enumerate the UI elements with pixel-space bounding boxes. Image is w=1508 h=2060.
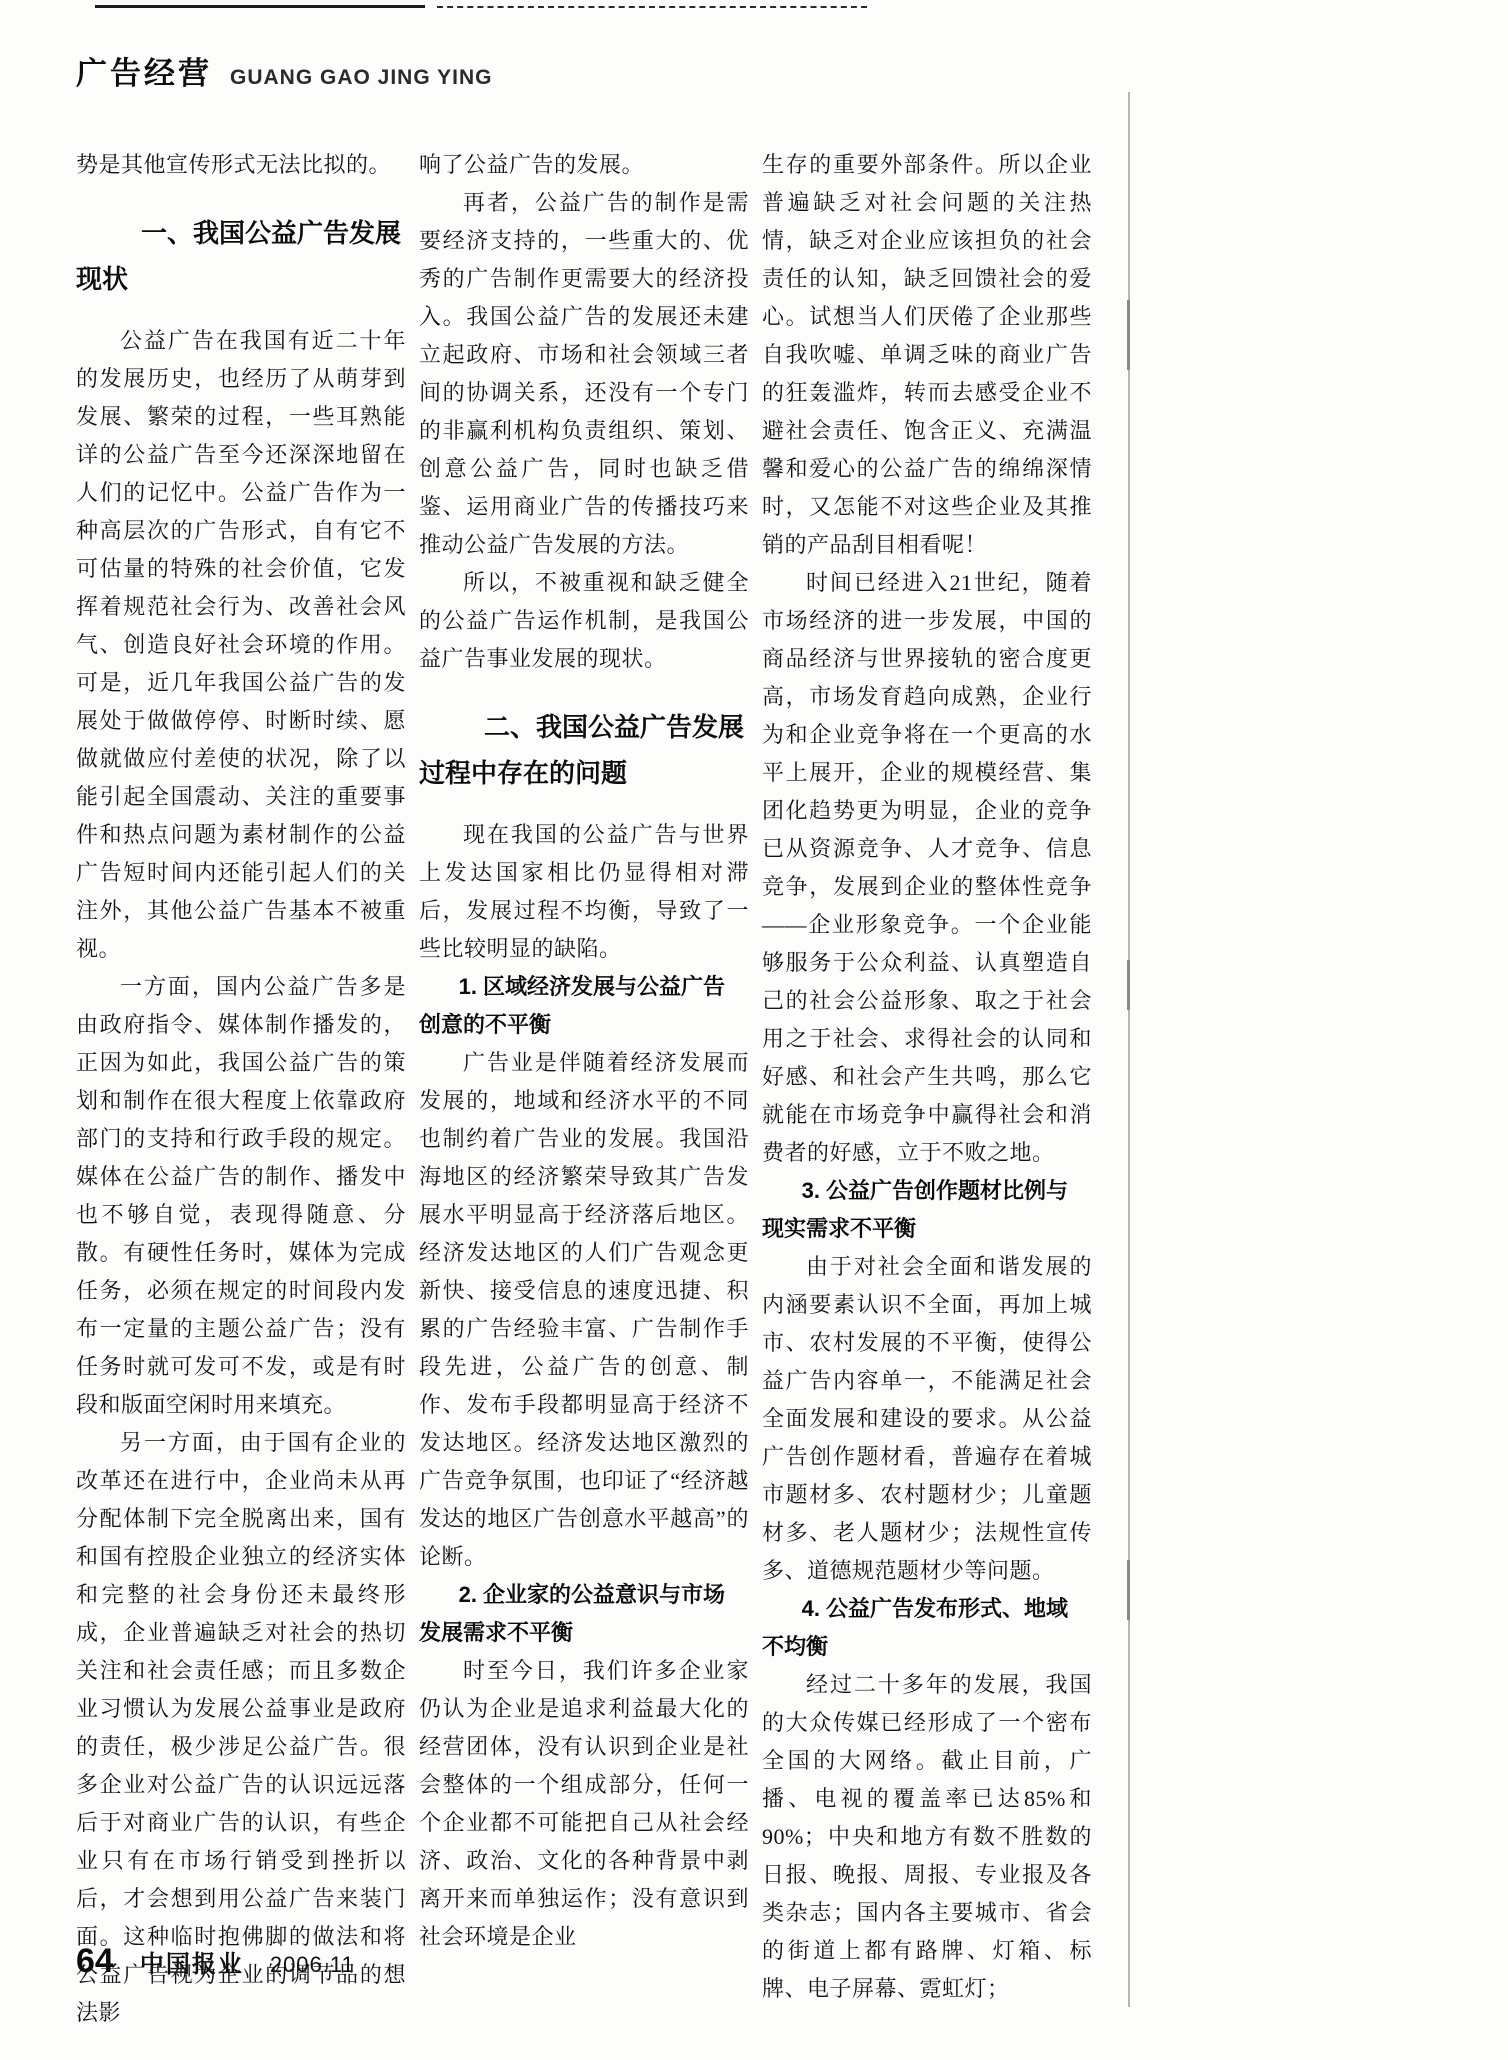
- section-header: 广告经营 GUANG GAO JING YING: [76, 48, 492, 93]
- paragraph: 时至今日，我们许多企业家仍认为企业是追求利益最大化的经营团体，没有认识到企业是社…: [419, 1652, 749, 1956]
- section-title-pinyin: GUANG GAO JING YING: [230, 66, 492, 90]
- subheading-4: 4. 公益广告发布形式、地域 不均衡: [762, 1590, 1092, 1666]
- subheading-1: 1. 区域经济发展与公益广告 创意的不平衡: [419, 968, 749, 1044]
- section-heading-1: 一、我国公益广告发展 现状: [76, 210, 406, 302]
- paragraph: 现在我国的公益广告与世界上发达国家相比仍显得相对滞后，发展过程不均衡，导致了一些…: [419, 816, 749, 968]
- subheading-2: 2. 企业家的公益意识与市场 发展需求不平衡: [419, 1576, 749, 1652]
- page-edge-line: [1128, 92, 1130, 2007]
- article-columns: 势是其他宣传形式无法比拟的。 一、我国公益广告发展 现状 公益广告在我国有近二十…: [76, 146, 1092, 2032]
- top-rule-solid-segment: [95, 5, 425, 8]
- text-column-3: 生存的重要外部条件。所以企业普遍缺乏对社会问题的关注热情，缺乏对企业应该担负的社…: [762, 146, 1092, 2032]
- paragraph: 再者，公益广告的制作是需要经济支持的，一些重大的、优秀的广告制作更需要大的经济投…: [419, 184, 749, 564]
- journal-name: 中国报业: [140, 1944, 244, 1979]
- text-column-2: 响了公益广告的发展。 再者，公益广告的制作是需要经济支持的，一些重大的、优秀的广…: [419, 146, 749, 2032]
- paragraph-continuation: 势是其他宣传形式无法比拟的。: [76, 146, 406, 184]
- paragraph: 由于对社会全面和谐发展的内涵要素认识不全面，再加上城市、农村发展的不平衡，使得公…: [762, 1248, 1092, 1590]
- magazine-page: 广告经营 GUANG GAO JING YING 势是其他宣传形式无法比拟的。 …: [0, 0, 1508, 2060]
- page-edge-tick: [1127, 960, 1130, 1010]
- page-number: 64: [76, 1942, 114, 1981]
- paragraph: 时间已经进入21世纪，随着市场经济的进一步发展，中国的商品经济与世界接轨的密合度…: [762, 564, 1092, 1172]
- section-title-chinese: 广告经营: [76, 48, 212, 93]
- paragraph: 另一方面，由于国有企业的改革还在进行中，企业尚未从再分配体制下完全脱离出来，国有…: [76, 1424, 406, 2032]
- paragraph-continuation: 响了公益广告的发展。: [419, 146, 749, 184]
- subheading-3: 3. 公益广告创作题材比例与 现实需求不平衡: [762, 1172, 1092, 1248]
- paragraph: 广告业是伴随着经济发展而发展的，地域和经济水平的不同也制约着广告业的发展。我国沿…: [419, 1044, 749, 1576]
- paragraph: 一方面，国内公益广告多是由政府指令、媒体制作播发的，正因为如此，我国公益广告的策…: [76, 968, 406, 1424]
- issue-date: 2006.11: [270, 1952, 355, 1978]
- paragraph: 经过二十多年的发展，我国的大众传媒已经形成了一个密布全国的大网络。截止目前，广播…: [762, 1666, 1092, 2008]
- paragraph-continuation: 生存的重要外部条件。所以企业普遍缺乏对社会问题的关注热情，缺乏对企业应该担负的社…: [762, 146, 1092, 564]
- text-column-1: 势是其他宣传形式无法比拟的。 一、我国公益广告发展 现状 公益广告在我国有近二十…: [76, 146, 406, 2032]
- section-heading-2: 二、我国公益广告发展 过程中存在的问题: [419, 704, 749, 796]
- page-footer: 64 中国报业 2006.11: [76, 1942, 355, 1981]
- page-edge-tick: [1127, 300, 1130, 370]
- page-edge-tick: [1127, 1560, 1130, 1620]
- top-rule-dashed-segment: [437, 6, 867, 8]
- paragraph: 公益广告在我国有近二十年的发展历史，也经历了从萌芽到发展、繁荣的过程，一些耳熟能…: [76, 322, 406, 968]
- paragraph: 所以，不被重视和缺乏健全的公益广告运作机制，是我国公益广告事业发展的现状。: [419, 564, 749, 678]
